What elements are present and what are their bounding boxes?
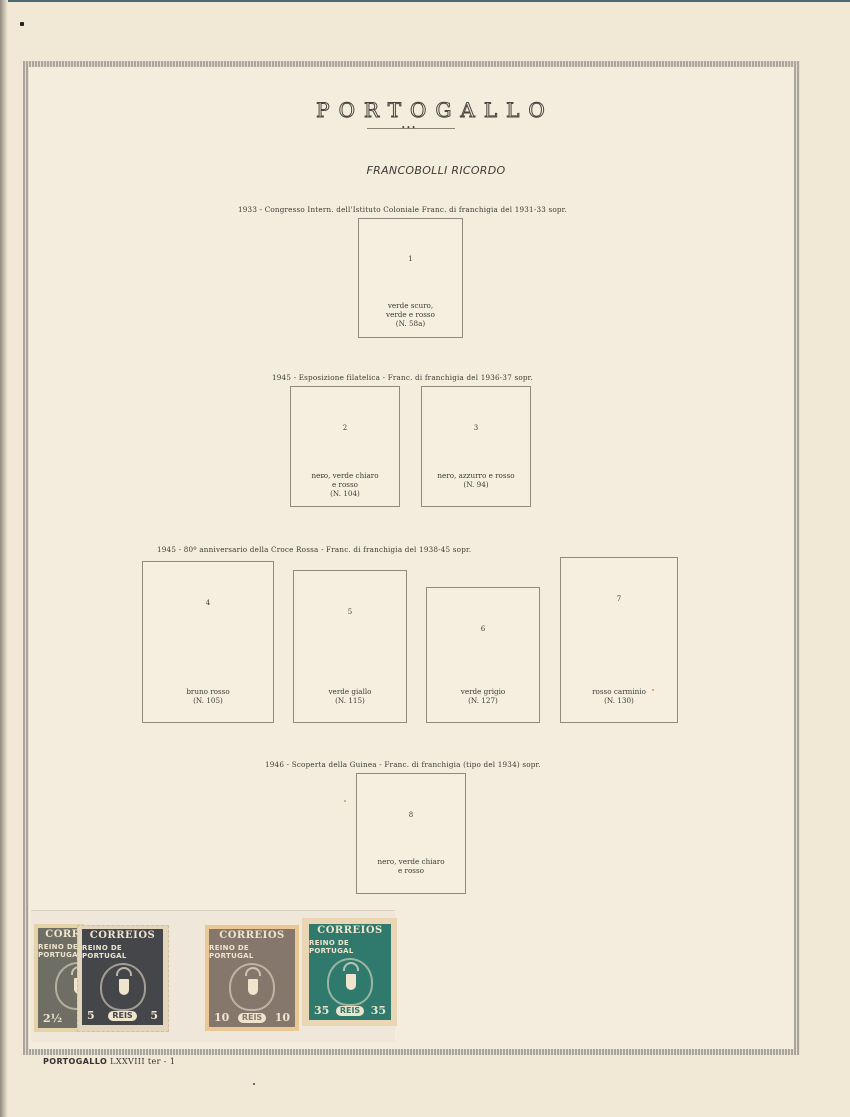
slot-number: 1	[359, 255, 462, 263]
stamp-slot-2[interactable]: 2 nero, verde chiaro e rosso (N. 104)	[290, 386, 400, 507]
stamp-slot-6[interactable]: 6 verde grigio (N. 127)	[426, 587, 540, 723]
footer-country: PORTOGALLO	[43, 1057, 107, 1066]
slot-number: 7	[561, 595, 677, 603]
slot-description: verde grigio (N. 127)	[427, 687, 539, 705]
stamp-slot-1[interactable]: 1 verde scuro, verde e rosso (N. 58a)	[358, 218, 463, 338]
stamp-slot-8[interactable]: 8 nero, verde chiaro e rosso	[356, 773, 466, 894]
footer-page-ref: LXXVIII ter - 1	[110, 1057, 175, 1066]
page-subtitle: FRANCOBOLLI RICORDO	[0, 164, 850, 177]
paper-speck	[652, 689, 654, 691]
title-ornament: •••	[400, 126, 418, 131]
slot-description: bruno rosso (N. 105)	[143, 687, 273, 705]
section-caption-1945-croce-rossa: 1945 - 80º anniversario della Croce Ross…	[157, 545, 471, 554]
stamp-slot-7[interactable]: 7 rosso carminio (N. 130)	[560, 557, 678, 723]
page-title: PORTOGALLO	[0, 98, 850, 122]
slot-number: 2	[291, 424, 399, 432]
stamp-35-reis[interactable]: CORREIOS REINO DE PORTUGAL 35REIS35	[302, 918, 397, 1026]
punch-mark	[20, 22, 24, 26]
slot-description: rosso carminio (N. 130)	[561, 687, 677, 705]
slot-description: verde giallo (N. 115)	[294, 687, 406, 705]
slot-description: verde scuro, verde e rosso (N. 58a)	[359, 301, 462, 328]
section-caption-1933: 1933 - Congresso Intern. dell'Istituto C…	[238, 205, 567, 214]
stamp-10-reis[interactable]: CORREIOS REINO DE PORTUGAL 10REIS10	[205, 925, 299, 1031]
page-content-area	[29, 67, 794, 1049]
stamp-slot-5[interactable]: 5 verde giallo (N. 115)	[293, 570, 407, 723]
slot-number: 6	[427, 625, 539, 633]
stamp-slot-3[interactable]: 3 nero, azzurro e rosso (N. 94)	[421, 386, 531, 507]
paper-speck	[253, 1083, 255, 1085]
slot-number: 5	[294, 608, 406, 616]
slot-number: 8	[357, 811, 465, 819]
paper-speck	[344, 800, 346, 802]
section-caption-1946: 1946 - Scoperta della Guinea - Franc. di…	[265, 760, 541, 769]
slot-description: nero, verde chiaro e rosso (N. 104)	[291, 471, 399, 498]
stamp-slot-4[interactable]: 4 bruno rosso (N. 105)	[142, 561, 274, 723]
section-caption-1945-esposizione: 1945 - Esposizione filatelica - Franc. d…	[272, 373, 533, 382]
slot-number: 3	[422, 424, 530, 432]
slot-description: nero, azzurro e rosso (N. 94)	[422, 471, 530, 489]
scan-top-edge	[0, 0, 850, 2]
page-footer: PORTOGALLO LXXVIII ter - 1	[43, 1057, 175, 1066]
paper-speck	[322, 476, 324, 478]
slot-number: 4	[143, 599, 273, 607]
stamp-5-reis[interactable]: CORREIOS REINO DE PORTUGAL 5REIS5	[77, 925, 169, 1032]
slot-description: nero, verde chiaro e rosso	[357, 857, 465, 875]
